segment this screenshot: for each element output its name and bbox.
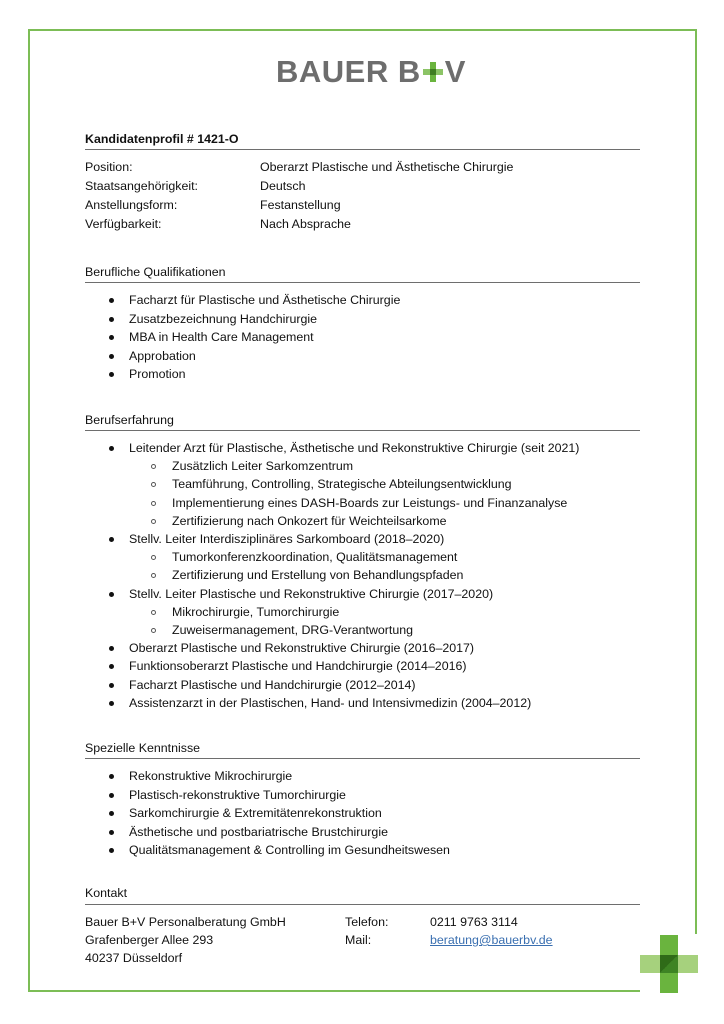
list-item-text: Promotion (129, 365, 185, 383)
list-item-text: Sarkomchirurgie & Extremitätenrekonstruk… (129, 804, 382, 822)
list-item-text: Teamführung, Controlling, Strategische A… (172, 475, 512, 493)
frame-left-border (28, 29, 30, 992)
field-label: Staatsangehörigkeit: (85, 177, 260, 195)
mail-label: Mail: (345, 931, 388, 949)
list-item-text: Ästhetische und postbariatrische Brustch… (129, 823, 388, 841)
field-value: Oberarzt Plastische und Ästhetische Chir… (260, 158, 513, 176)
skills-rule (85, 758, 640, 759)
contact-address: Bauer B+V Personalberatung GmbH Grafenbe… (85, 913, 286, 967)
list-item-text: Zusätzlich Leiter Sarkomzentrum (172, 457, 353, 475)
contact-values: 0211 9763 3114 beratung@bauerbv.de (430, 913, 553, 949)
field-value: Deutsch (260, 177, 305, 195)
list-item-text: Tumorkonferenzkoordination, Qualitätsman… (172, 548, 457, 566)
list-item-text: Assistenzarzt in der Plastischen, Hand- … (129, 694, 531, 712)
corner-plus-cross-icon (640, 935, 698, 993)
experience-title: Berufserfahrung (85, 412, 640, 428)
experience-rule (85, 430, 640, 431)
list-item-text: MBA in Health Care Management (129, 328, 314, 346)
contact-street: Grafenberger Allee 293 (85, 931, 286, 949)
list-item-text: Facharzt Plastische und Handchirurgie (2… (129, 676, 416, 694)
frame-right-border (695, 29, 697, 934)
list-item-text: Mikrochirurgie, Tumorchirurgie (172, 603, 339, 621)
list-item-text: Zusatzbezeichnung Handchirurgie (129, 310, 317, 328)
contact-title: Kontakt (85, 885, 640, 901)
list-item-text: Oberarzt Plastische und Rekonstruktive C… (129, 639, 474, 657)
list-item-text: Funktionsoberarzt Plastische und Handchi… (129, 657, 467, 675)
profile-rule (85, 149, 640, 150)
plus-cross-icon (422, 60, 444, 84)
contact-company: Bauer B+V Personalberatung GmbH (85, 913, 286, 931)
contact-city: 40237 Düsseldorf (85, 949, 286, 967)
qualifications-title: Berufliche Qualifikationen (85, 264, 640, 280)
contact-rule (85, 904, 640, 905)
list-item-text: Stellv. Leiter Plastische und Rekonstruk… (129, 585, 493, 603)
skills-title: Spezielle Kenntnisse (85, 740, 640, 756)
field-value: Festanstellung (260, 196, 341, 214)
list-item-text: Zuweisermanagement, DRG-Verantwortung (172, 621, 413, 639)
mail-link[interactable]: beratung@bauerbv.de (430, 933, 553, 947)
field-label: Verfügbarkeit: (85, 215, 260, 233)
list-item-text: Plastisch-rekonstruktive Tumorchirurgie (129, 786, 346, 804)
list-item-text: Zertifizierung nach Onkozert für Weichte… (172, 512, 447, 530)
list-item-text: Rekonstruktive Mikrochirurgie (129, 767, 292, 785)
phone-number: 0211 9763 3114 (430, 913, 553, 931)
contact-labels: Telefon: Mail: (345, 913, 388, 949)
frame-top-border (28, 29, 697, 31)
company-logo: BAUER B V (276, 54, 466, 90)
list-item-text: Zertifizierung und Erstellung von Behand… (172, 566, 463, 584)
profile-title: Kandidatenprofil # 1421-O (85, 131, 640, 147)
list-item-text: Approbation (129, 347, 196, 365)
list-item-text: Facharzt für Plastische und Ästhetische … (129, 291, 400, 309)
field-label: Anstellungsform: (85, 196, 260, 214)
list-item-text: Qualitätsmanagement & Controlling im Ges… (129, 841, 450, 859)
list-item-text: Implementierung eines DASH-Boards zur Le… (172, 494, 567, 512)
field-value: Nach Absprache (260, 215, 351, 233)
field-label: Position: (85, 158, 260, 176)
list-item-text: Stellv. Leiter Interdisziplinäres Sarkom… (129, 530, 444, 548)
logo-text-left: BAUER B (276, 54, 421, 90)
list-item-text: Leitender Arzt für Plastische, Ästhetisc… (129, 439, 579, 457)
phone-label: Telefon: (345, 913, 388, 931)
qualifications-rule (85, 282, 640, 283)
frame-bottom-border (28, 990, 640, 992)
logo-text-right: V (445, 54, 466, 90)
